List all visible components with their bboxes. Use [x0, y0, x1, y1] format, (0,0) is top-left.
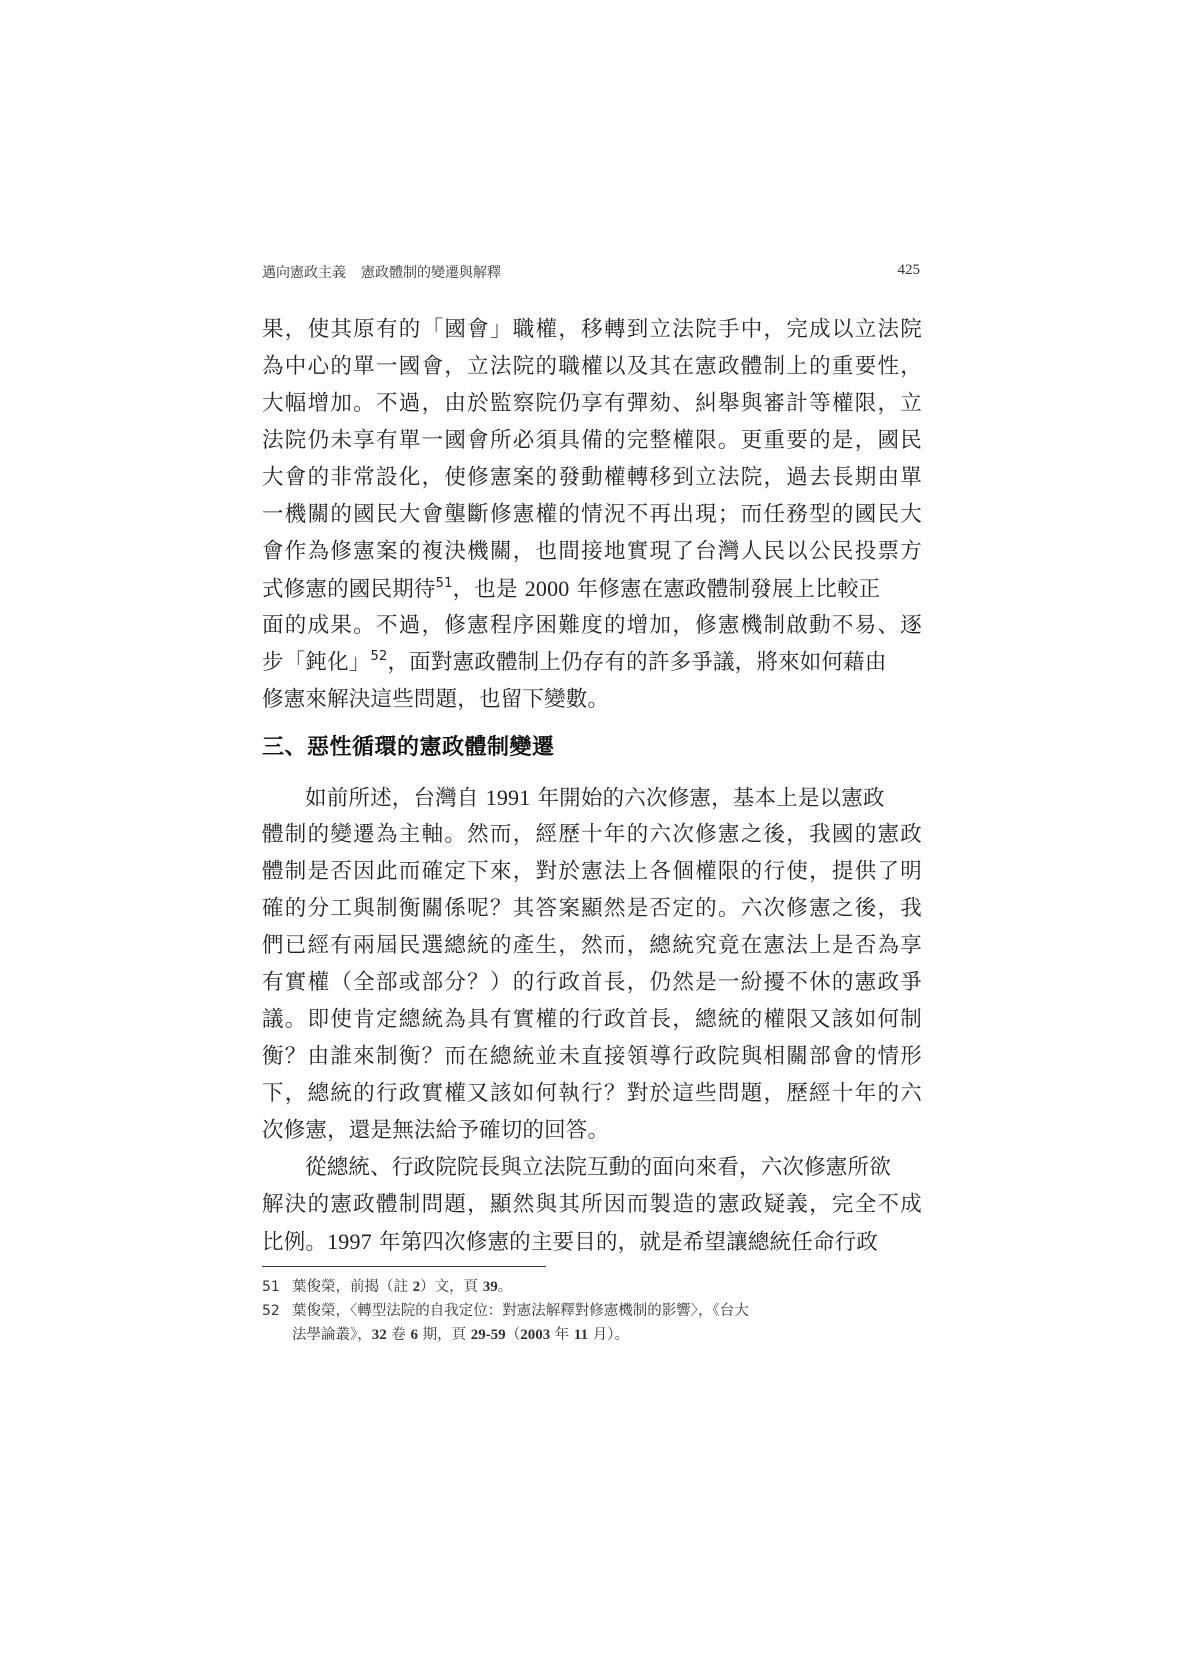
text-line: 大會的非常設化，使修憲案的發動權轉移到立法院，過去長期由單	[262, 459, 922, 496]
page-number: 425	[898, 262, 921, 279]
footnote-ref-51[interactable]: 51	[436, 576, 453, 591]
text-line: 如前所述，台灣自 1991 年開始的六次修憲，基本上是以憲政	[262, 779, 922, 816]
book-title: 邁向憲政主義	[262, 262, 346, 282]
text-line: 式修憲的國民期待51，也是 2000 年修憲在憲政體制發展上比較正	[262, 570, 922, 607]
text-line: 衡？由誰來制衡？而在總統並未直接領導行政院與相關部會的情形	[262, 1038, 922, 1075]
text-line: 從總統、行政院院長與立法院互動的面向來看，六次修憲所欲	[262, 1149, 922, 1186]
text-line: 步「鈍化」52，面對憲政體制上仍存有的許多爭議，將來如何藉由	[262, 644, 922, 681]
footnote-text: 葉俊榮，〈轉型法院的自我定位：對憲法解釋對修憲機制的影響〉，《台大	[292, 1299, 922, 1323]
document-page: 邁向憲政主義 憲政體制的變遷與解釋 425 果，使其原有的「國會」職權，移轉到立…	[0, 0, 1177, 1664]
footnote-51: 51 葉俊榮，前揭（註 2）文，頁 39。	[262, 1275, 922, 1299]
footnote-ref-52[interactable]: 52	[371, 649, 388, 664]
text-line: 次修憲，還是無法給予確切的回答。	[262, 1112, 922, 1149]
text-line: 法院仍未享有單一國會所必須具備的完整權限。更重要的是，國民	[262, 422, 922, 459]
text-line: 面的成果。不過，修憲程序困難度的增加，修憲機制啟動不易、逐	[262, 607, 922, 644]
running-header: 邁向憲政主義 憲政體制的變遷與解釋 425	[262, 262, 920, 286]
text-line: 們已經有兩屆民選總統的產生，然而，總統究竟在憲法上是否為享	[262, 927, 922, 964]
text-line: 體制是否因此而確定下來，對於憲法上各個權限的行使，提供了明	[262, 853, 922, 890]
footnote-divider	[262, 1266, 546, 1267]
text-line: 有實權（全部或部分？）的行政首長，仍然是一紛擾不休的憲政爭	[262, 964, 922, 1001]
footnote-number: 51	[262, 1275, 280, 1299]
text-line: 體制的變遷為主軸。然而，經歷十年的六次修憲之後，我國的憲政	[262, 816, 922, 853]
text-line: 一機關的國民大會壟斷修憲權的情況不再出現；而任務型的國民大	[262, 496, 922, 533]
footnote-text: 法學論叢》，32 卷 6 期，頁 29-59（2003 年 11 月）。	[292, 1323, 922, 1347]
section-heading: 三、惡性循環的憲政體制變遷	[262, 730, 555, 761]
text-line: 修憲來解決這些問題，也留下變數。	[262, 681, 922, 718]
text-line: 確的分工與制衡關係呢？其答案顯然是否定的。六次修憲之後，我	[262, 890, 922, 927]
text-line: 會作為修憲案的複決機關，也間接地實現了台灣人民以公民投票方	[262, 533, 922, 570]
text-line: 比例。1997 年第四次修憲的主要目的，就是希望讓總統任命行政	[262, 1223, 922, 1260]
footnote-text: 葉俊榮，前揭（註 2）文，頁 39。	[292, 1275, 922, 1299]
text-line: 解決的憲政體制問題，顯然與其所因而製造的憲政疑義，完全不成	[262, 1186, 922, 1223]
text-line: 為中心的單一國會，立法院的職權以及其在憲政體制上的重要性，	[262, 348, 922, 385]
text-line: 下，總統的行政實權又該如何執行？對於這些問題，歷經十年的六	[262, 1075, 922, 1112]
paragraph-3: 從總統、行政院院長與立法院互動的面向來看，六次修憲所欲 解決的憲政體制問題，顯然…	[262, 1149, 922, 1260]
footnotes: 51 葉俊榮，前揭（註 2）文，頁 39。 52 葉俊榮，〈轉型法院的自我定位：…	[262, 1275, 922, 1347]
paragraph-1: 果，使其原有的「國會」職權，移轉到立法院手中，完成以立法院 為中心的單一國會，立…	[262, 311, 922, 718]
text-line: 果，使其原有的「國會」職權，移轉到立法院手中，完成以立法院	[262, 311, 922, 348]
text-line: 議。即使肯定總統為具有實權的行政首長，總統的權限又該如何制	[262, 1001, 922, 1038]
footnote-number: 52	[262, 1299, 280, 1323]
footnote-52: 52 葉俊榮，〈轉型法院的自我定位：對憲法解釋對修憲機制的影響〉，《台大 法學論…	[262, 1299, 922, 1347]
chapter-title: 憲政體制的變遷與解釋	[361, 262, 501, 282]
paragraph-2: 如前所述，台灣自 1991 年開始的六次修憲，基本上是以憲政 體制的變遷為主軸。…	[262, 779, 922, 1149]
text-line: 大幅增加。不過，由於監察院仍享有彈劾、糾舉與審計等權限，立	[262, 385, 922, 422]
